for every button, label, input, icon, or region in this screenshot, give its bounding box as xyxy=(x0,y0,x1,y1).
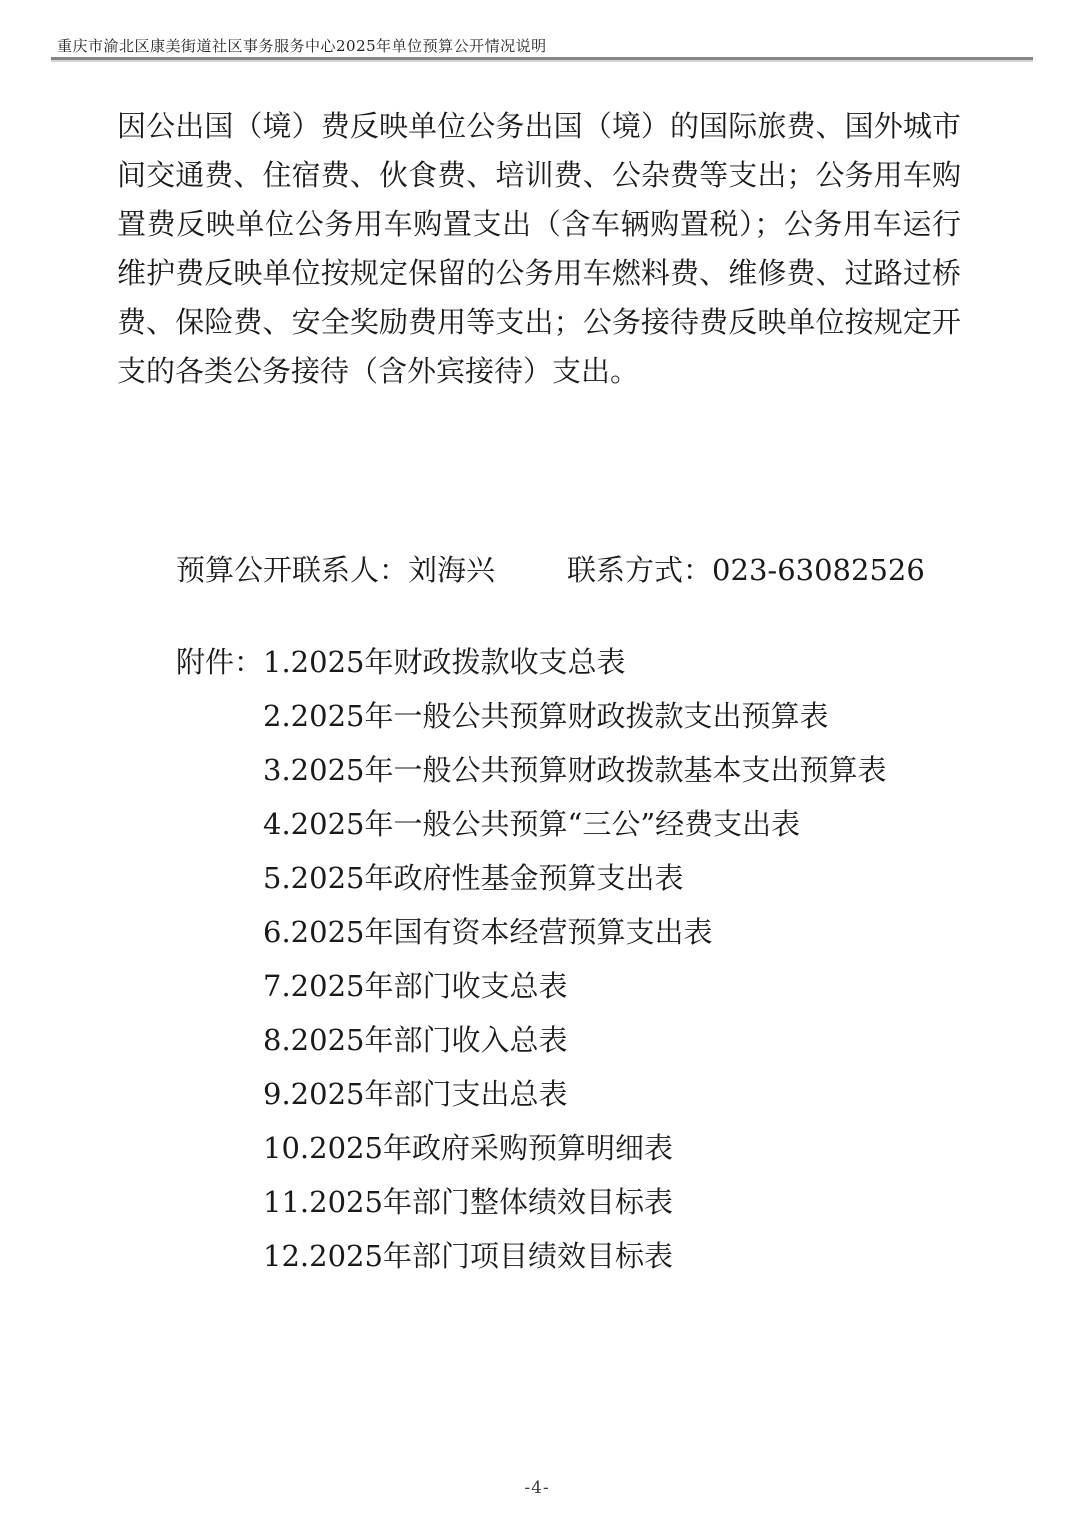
header-rule xyxy=(51,57,1033,60)
attachment-item: 12.2025年部门项目绩效目标表 xyxy=(263,1229,886,1283)
attachment-item: 9.2025年部门支出总表 xyxy=(263,1067,886,1121)
phone-number: 023-63082526 xyxy=(712,553,925,587)
paragraph-line: 费、保险费、安全奖励费用等支出；公务接待费反映单位按规定开 xyxy=(117,298,961,347)
attachment-item: 5.2025年政府性基金预算支出表 xyxy=(263,851,886,905)
paragraph-line: 置费反映单位公务用车购置支出（含车辆购置税）；公务用车运行 xyxy=(117,200,961,249)
attachments-list: 1.2025年财政拨款收支总表 2.2025年一般公共预算财政拨款支出预算表 3… xyxy=(263,635,886,1283)
page-footer: -4- xyxy=(0,1478,1074,1498)
paragraph-line: 维护费反映单位按规定保留的公务用车燃料费、维修费、过路过桥 xyxy=(117,249,961,298)
header-title: 重庆市渝北区康美街道社区事务服务中心2025年单位预算公开情况说明 xyxy=(57,35,547,56)
attachment-item: 8.2025年部门收入总表 xyxy=(263,1013,886,1067)
body-paragraph: 因公出国（境）费反映单位公务出国（境）的国际旅费、国外城市 间交通费、住宿费、伙… xyxy=(117,102,961,396)
attachment-item: 2.2025年一般公共预算财政拨款支出预算表 xyxy=(263,689,886,743)
attachment-item: 7.2025年部门收支总表 xyxy=(263,959,886,1013)
paragraph-line: 因公出国（境）费反映单位公务出国（境）的国际旅费、国外城市 xyxy=(117,102,961,151)
attachments-section: 附件： 1.2025年财政拨款收支总表 2.2025年一般公共预算财政拨款支出预… xyxy=(176,635,887,1283)
contact-label: 预算公开联系人： xyxy=(176,553,408,587)
attachment-item: 11.2025年部门整体绩效目标表 xyxy=(263,1175,886,1229)
attachments-label: 附件： xyxy=(176,635,263,689)
attachment-item: 1.2025年财政拨款收支总表 xyxy=(263,635,886,689)
attachment-item: 6.2025年国有资本经营预算支出表 xyxy=(263,905,886,959)
document-page: 重庆市渝北区康美街道社区事务服务中心2025年单位预算公开情况说明 因公出国（境… xyxy=(0,0,1074,1520)
contact-line: 预算公开联系人：刘海兴联系方式：023-63082526 xyxy=(176,546,925,594)
contact-name: 刘海兴 xyxy=(408,553,495,587)
paragraph-line: 支的各类公务接待（含外宾接待）支出。 xyxy=(117,347,961,396)
paragraph-line: 间交通费、住宿费、伙食费、培训费、公杂费等支出；公务用车购 xyxy=(117,151,961,200)
attachment-item: 4.2025年一般公共预算“三公”经费支出表 xyxy=(263,797,886,851)
attachment-item: 3.2025年一般公共预算财政拨款基本支出预算表 xyxy=(263,743,886,797)
page-number: -4- xyxy=(524,1478,549,1498)
phone-label: 联系方式： xyxy=(567,553,712,587)
attachment-item: 10.2025年政府采购预算明细表 xyxy=(263,1121,886,1175)
